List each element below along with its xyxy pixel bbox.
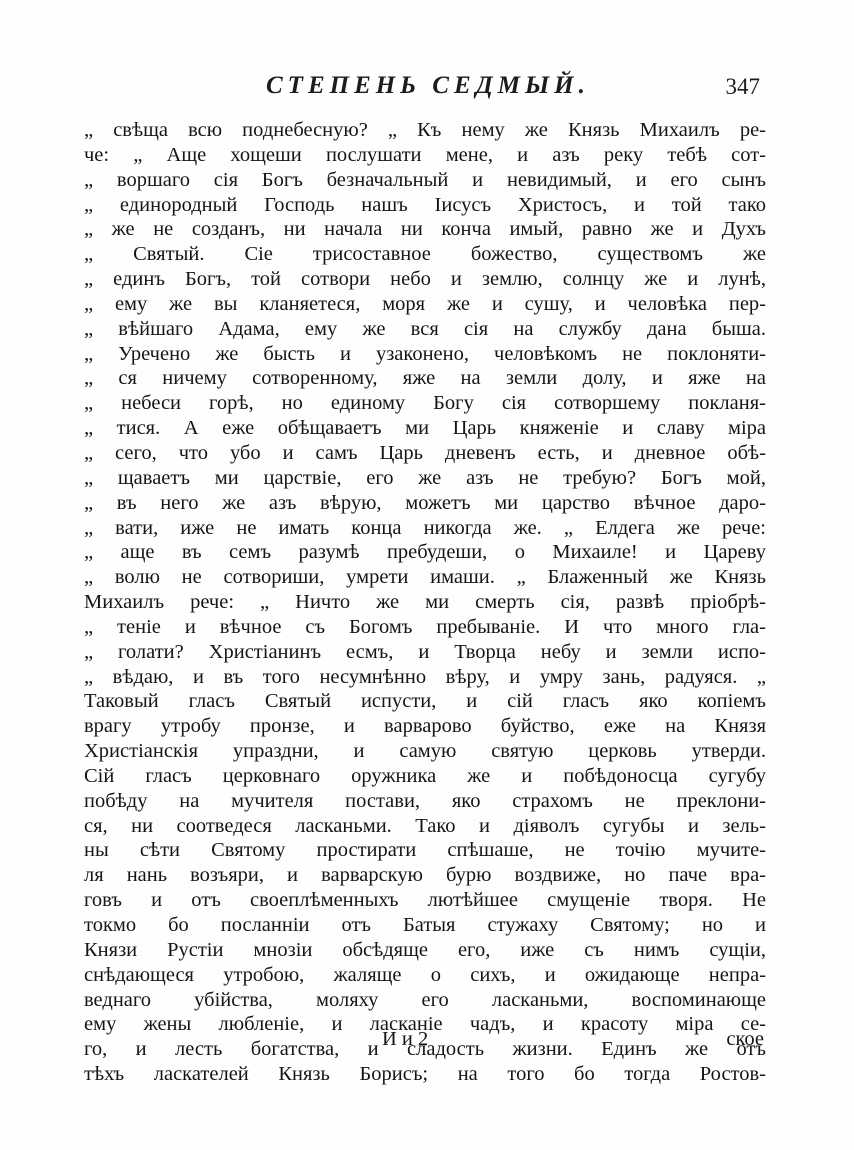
text-line: Сій гласъ церковнаго оружника же и побѣд…: [84, 764, 766, 789]
page-footer: И и 2 ское: [84, 1028, 766, 1054]
page-number: 347: [726, 74, 761, 100]
text-line: че: „ Аще хощеши послушати мене, и азъ р…: [84, 143, 766, 168]
running-head: СТЕПЕНЬ СЕДМЫЙ. 347: [88, 72, 764, 106]
text-line: „ единъ Богъ, той сотвори небо и землю, …: [84, 267, 766, 292]
text-line: тѣхъ ласкателей Князь Борисъ; на того бо…: [84, 1062, 766, 1087]
text-line: „ теніе и вѣчное съ Богомъ пребываніе. И…: [84, 615, 766, 640]
text-line: Михаилъ рече: „ Ничто же ми смерть сія, …: [84, 590, 766, 615]
book-page: СТЕПЕНЬ СЕДМЫЙ. 347 „ свѣща всю поднебес…: [0, 0, 854, 1150]
text-line: „ голати? Христіанинъ есмъ, и Творца неб…: [84, 640, 766, 665]
text-line: „ свѣща всю поднебесную? „ Къ нему же Кн…: [84, 118, 766, 143]
text-line: „ волю не сотвориши, умрети имаши. „ Бла…: [84, 565, 766, 590]
body-text: „ свѣща всю поднебесную? „ Къ нему же Кн…: [84, 118, 766, 1087]
text-line: врагу утробу пронзе, и варварово буйство…: [84, 714, 766, 739]
text-line: „ ему же вы кланяетеся, моря же и сушу, …: [84, 292, 766, 317]
text-line: побѣду на мучителя постави, яко страхомъ…: [84, 789, 766, 814]
text-line: „ воршаго сія Богъ безначальный и невиди…: [84, 168, 766, 193]
signature-mark: И и 2: [382, 1028, 428, 1051]
text-line: „ въ него же азъ вѣрую, можетъ ми царств…: [84, 491, 766, 516]
text-line: „ вѣдаю, и въ того несумнѣнно вѣру, и ум…: [84, 665, 766, 690]
text-line: „ вати, иже не имать конца никогда же. „…: [84, 516, 766, 541]
running-title: СТЕПЕНЬ СЕДМЫЙ.: [266, 72, 590, 100]
text-line: „ Уречено же бысть и узаконено, человѣко…: [84, 342, 766, 367]
text-line: „ небеси горѣ, но единому Богу сія сотво…: [84, 391, 766, 416]
text-line: ны сѣти Святому простирати спѣшаше, не т…: [84, 838, 766, 863]
text-line: „ Святый. Сіе трисоставное божество, сущ…: [84, 242, 766, 267]
text-line: Таковый гласъ Святый испусти, и сій глас…: [84, 689, 766, 714]
text-line: веднаго убійства, моляху его ласканьми, …: [84, 988, 766, 1013]
text-line: снѣдающеся утробою, жаляще о сихъ, и ожи…: [84, 963, 766, 988]
text-line: „ ся ничему сотворенному, яже на земли д…: [84, 366, 766, 391]
text-line: ся, ни соотведеся ласканьми. Тако и діяв…: [84, 814, 766, 839]
text-line: „ щаваетъ ми царствіе, его же азъ не тре…: [84, 466, 766, 491]
text-line: „ вѣйшаго Адама, ему же вся сія на служб…: [84, 317, 766, 342]
text-line: Князи Рустіи мнозіи обсѣдяще его, иже съ…: [84, 938, 766, 963]
text-line: „ тися. А еже обѣщаваетъ ми Царь княжені…: [84, 416, 766, 441]
text-line: ля нань возъяри, и варварскую бурю воздв…: [84, 863, 766, 888]
text-line: „ же не созданъ, ни начала ни конча имый…: [84, 217, 766, 242]
text-line: „ единородный Господь нашъ Іисусъ Христо…: [84, 193, 766, 218]
text-line: „ сего, что убо и самъ Царь дневенъ есть…: [84, 441, 766, 466]
text-line: говъ и отъ своеплѣменныхъ лютѣйшее смуще…: [84, 888, 766, 913]
text-line: „ аще въ семъ разумѣ пребудеши, о Михаил…: [84, 540, 766, 565]
text-line: Христіанскія упраздни, и самую святую це…: [84, 739, 766, 764]
text-line: токмо бо посланніи отъ Батыя стужаху Свя…: [84, 913, 766, 938]
catchword: ское: [726, 1028, 764, 1051]
